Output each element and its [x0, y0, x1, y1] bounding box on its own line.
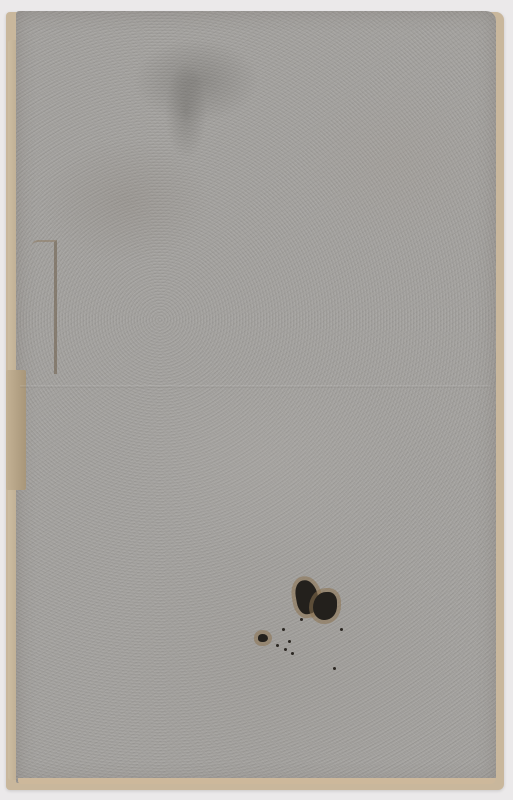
speck: [333, 667, 336, 670]
speck: [288, 640, 291, 643]
cover-tear: [32, 240, 57, 374]
speck: [300, 618, 303, 621]
burn-stain-small: [258, 634, 268, 642]
burn-stain: [313, 592, 337, 620]
bottom-page-edge: [18, 778, 496, 784]
speck: [284, 648, 287, 651]
book-cover: [16, 11, 496, 783]
speck: [282, 628, 285, 631]
speck: [340, 628, 343, 631]
fold-crease: [20, 385, 490, 388]
speck: [291, 652, 294, 655]
speck: [276, 644, 279, 647]
spine-damage: [6, 370, 26, 490]
